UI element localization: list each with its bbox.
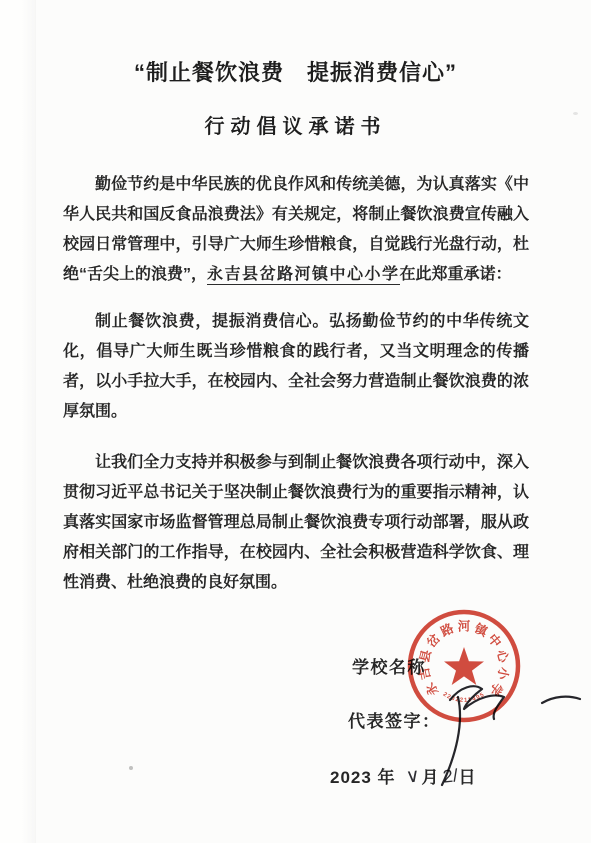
handwritten-signature [430, 665, 591, 795]
paragraph-commitment: 制止餐饮浪费，提振消费信心。弘扬勤俭节约的中华传统文化，倡导广大师生既当珍惜粮食… [63, 307, 529, 427]
svg-text:中: 中 [485, 631, 505, 651]
paragraph-pledge-intro: 勤俭节约是中华民族的优良作风和传统美德，为认真落实《中华人民共和国反食品浪费法》… [63, 170, 529, 290]
svg-text:河: 河 [458, 619, 471, 634]
document-subtitle: 行动倡议承诺书 [0, 110, 591, 139]
signature-stroke-tail [442, 697, 460, 785]
handwritten-month-value: ∨ [404, 764, 421, 788]
paragraph-1-tail-text: 在此郑重承诺： [400, 266, 512, 283]
scanned-pledge-document: “制止餐饮浪费 提振消费信心” 行动倡议承诺书 勤俭节约是中华民族的优良作风和传… [0, 0, 591, 843]
scan-smudge [573, 112, 578, 115]
date-year: 2023 年 [330, 768, 396, 787]
svg-text:心: 心 [494, 647, 512, 664]
school-name-underlined: 永吉县岔路河镇中心小学 [207, 266, 400, 285]
signature-strokes [442, 686, 580, 785]
signature-stroke-dash [542, 697, 580, 703]
svg-text:县: 县 [417, 648, 434, 664]
document-title: “制止餐饮浪费 提振消费信心” [0, 56, 591, 87]
svg-text:路: 路 [438, 620, 456, 639]
paragraph-action-support: 让我们全力支持并积极参与到制止餐饮浪费各项行动中，深入贯彻习近平总书记关于坚决制… [63, 448, 529, 598]
document-body: 勤俭节约是中华民族的优良作风和传统美德，为认真落实《中华人民共和国反食品浪费法》… [63, 170, 529, 598]
svg-text:岔: 岔 [423, 631, 443, 651]
scan-speck [129, 766, 133, 770]
